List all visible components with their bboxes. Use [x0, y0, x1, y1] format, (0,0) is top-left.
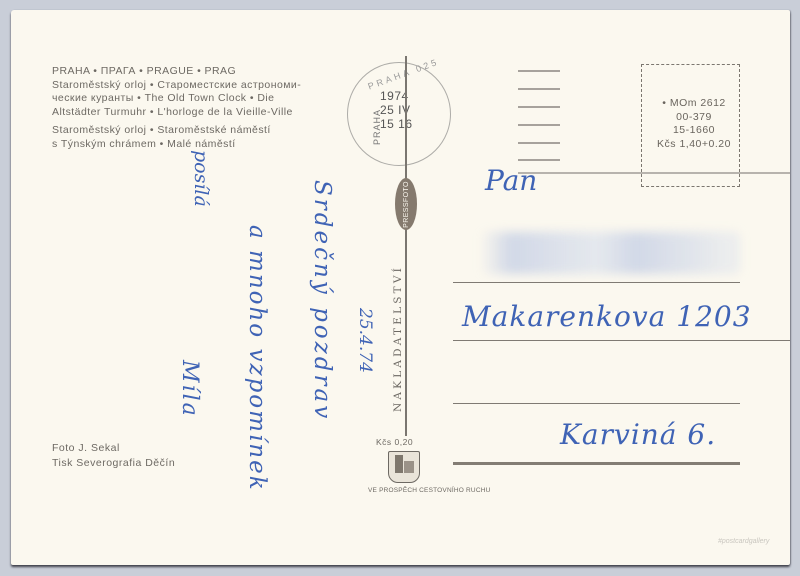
caption-line: ческие куранты • The Old Town Clock • Di… — [52, 92, 301, 106]
watermark: #postcardgallery — [718, 538, 769, 545]
address-line — [453, 462, 740, 465]
caption-line: s Týnským chrámem • Malé náměstí — [52, 138, 301, 152]
cancel-bar — [518, 142, 560, 144]
address-street: Makarenkova 1203 — [462, 300, 752, 333]
meter-id: • MOm 2612 — [652, 97, 736, 111]
badge-price: Kčs 0,20 — [376, 437, 413, 447]
photo-credit: Foto J. Sekal — [52, 441, 175, 456]
meter-stamp: • MOm 2612 00-379 15-1660 Kčs 1,40+0.20 — [641, 64, 740, 187]
cancel-bar — [518, 159, 560, 161]
meter-code: 00-379 — [652, 111, 736, 125]
center-divider — [405, 56, 407, 436]
address-line — [453, 340, 790, 341]
meter-number: 15-1660 — [652, 124, 736, 138]
pressfoto-logo-icon: PRESSFOTO — [395, 178, 417, 230]
message-signature: Míla — [177, 360, 202, 418]
publisher-name: NAKLADATELSTVÍ — [392, 265, 404, 412]
badge-slogan: VE PROSPĚCH CESTOVNÍHO RUCHU — [368, 487, 491, 494]
print-credits: Foto J. Sekal Tisk Severografia Děčín — [52, 441, 175, 471]
message-column-2: a mnoho vzpomínek — [244, 225, 270, 492]
address-line — [453, 403, 740, 404]
address-name-redacted — [480, 232, 740, 274]
address-salutation: Pan — [485, 164, 537, 197]
printer-credit: Tisk Severografia Děčín — [52, 456, 175, 471]
castle-icon — [388, 451, 420, 483]
caption-title: PRAHA • ПРАГА • PRAGUE • PRAG — [52, 65, 301, 79]
address-line — [453, 282, 740, 283]
meter-value: Kčs 1,40+0.20 — [652, 138, 736, 152]
tourism-badge: Kčs 0,20 VE PROSPĚCH CESTOVNÍHO RUCHU — [368, 437, 440, 493]
cancel-bar — [518, 70, 560, 72]
message-column-1: Srdečný pozdrav — [309, 180, 335, 421]
caption-line: Staroměstský orloj • Staroměstské náměst… — [52, 124, 301, 138]
caption-line: Staroměstský orloj • Староместские астро… — [52, 79, 301, 93]
postmark-city: PRAHA — [372, 109, 382, 145]
postmark: PRAHA 025 1974 25 IV 15 16 PRAHA — [347, 62, 451, 166]
postmark-time: 15 16 — [380, 117, 413, 131]
cancel-bar — [518, 106, 560, 108]
postmark-day-month: 25 IV — [380, 103, 413, 117]
printed-caption: PRAHA • ПРАГА • PRAGUE • PRAG Staroměsts… — [52, 65, 301, 152]
cancel-bar — [518, 88, 560, 90]
message-column-3: posílá — [190, 150, 212, 207]
address-city: Karviná 6. — [560, 418, 716, 451]
message-date: 25.4.74 — [355, 308, 375, 373]
postmark-year: 1974 — [380, 89, 413, 103]
cancel-bar — [518, 124, 560, 126]
pressfoto-label: PRESSFOTO — [403, 181, 410, 228]
caption-line: Altstädter Turmuhr • L'horloge de la Vie… — [52, 106, 301, 120]
